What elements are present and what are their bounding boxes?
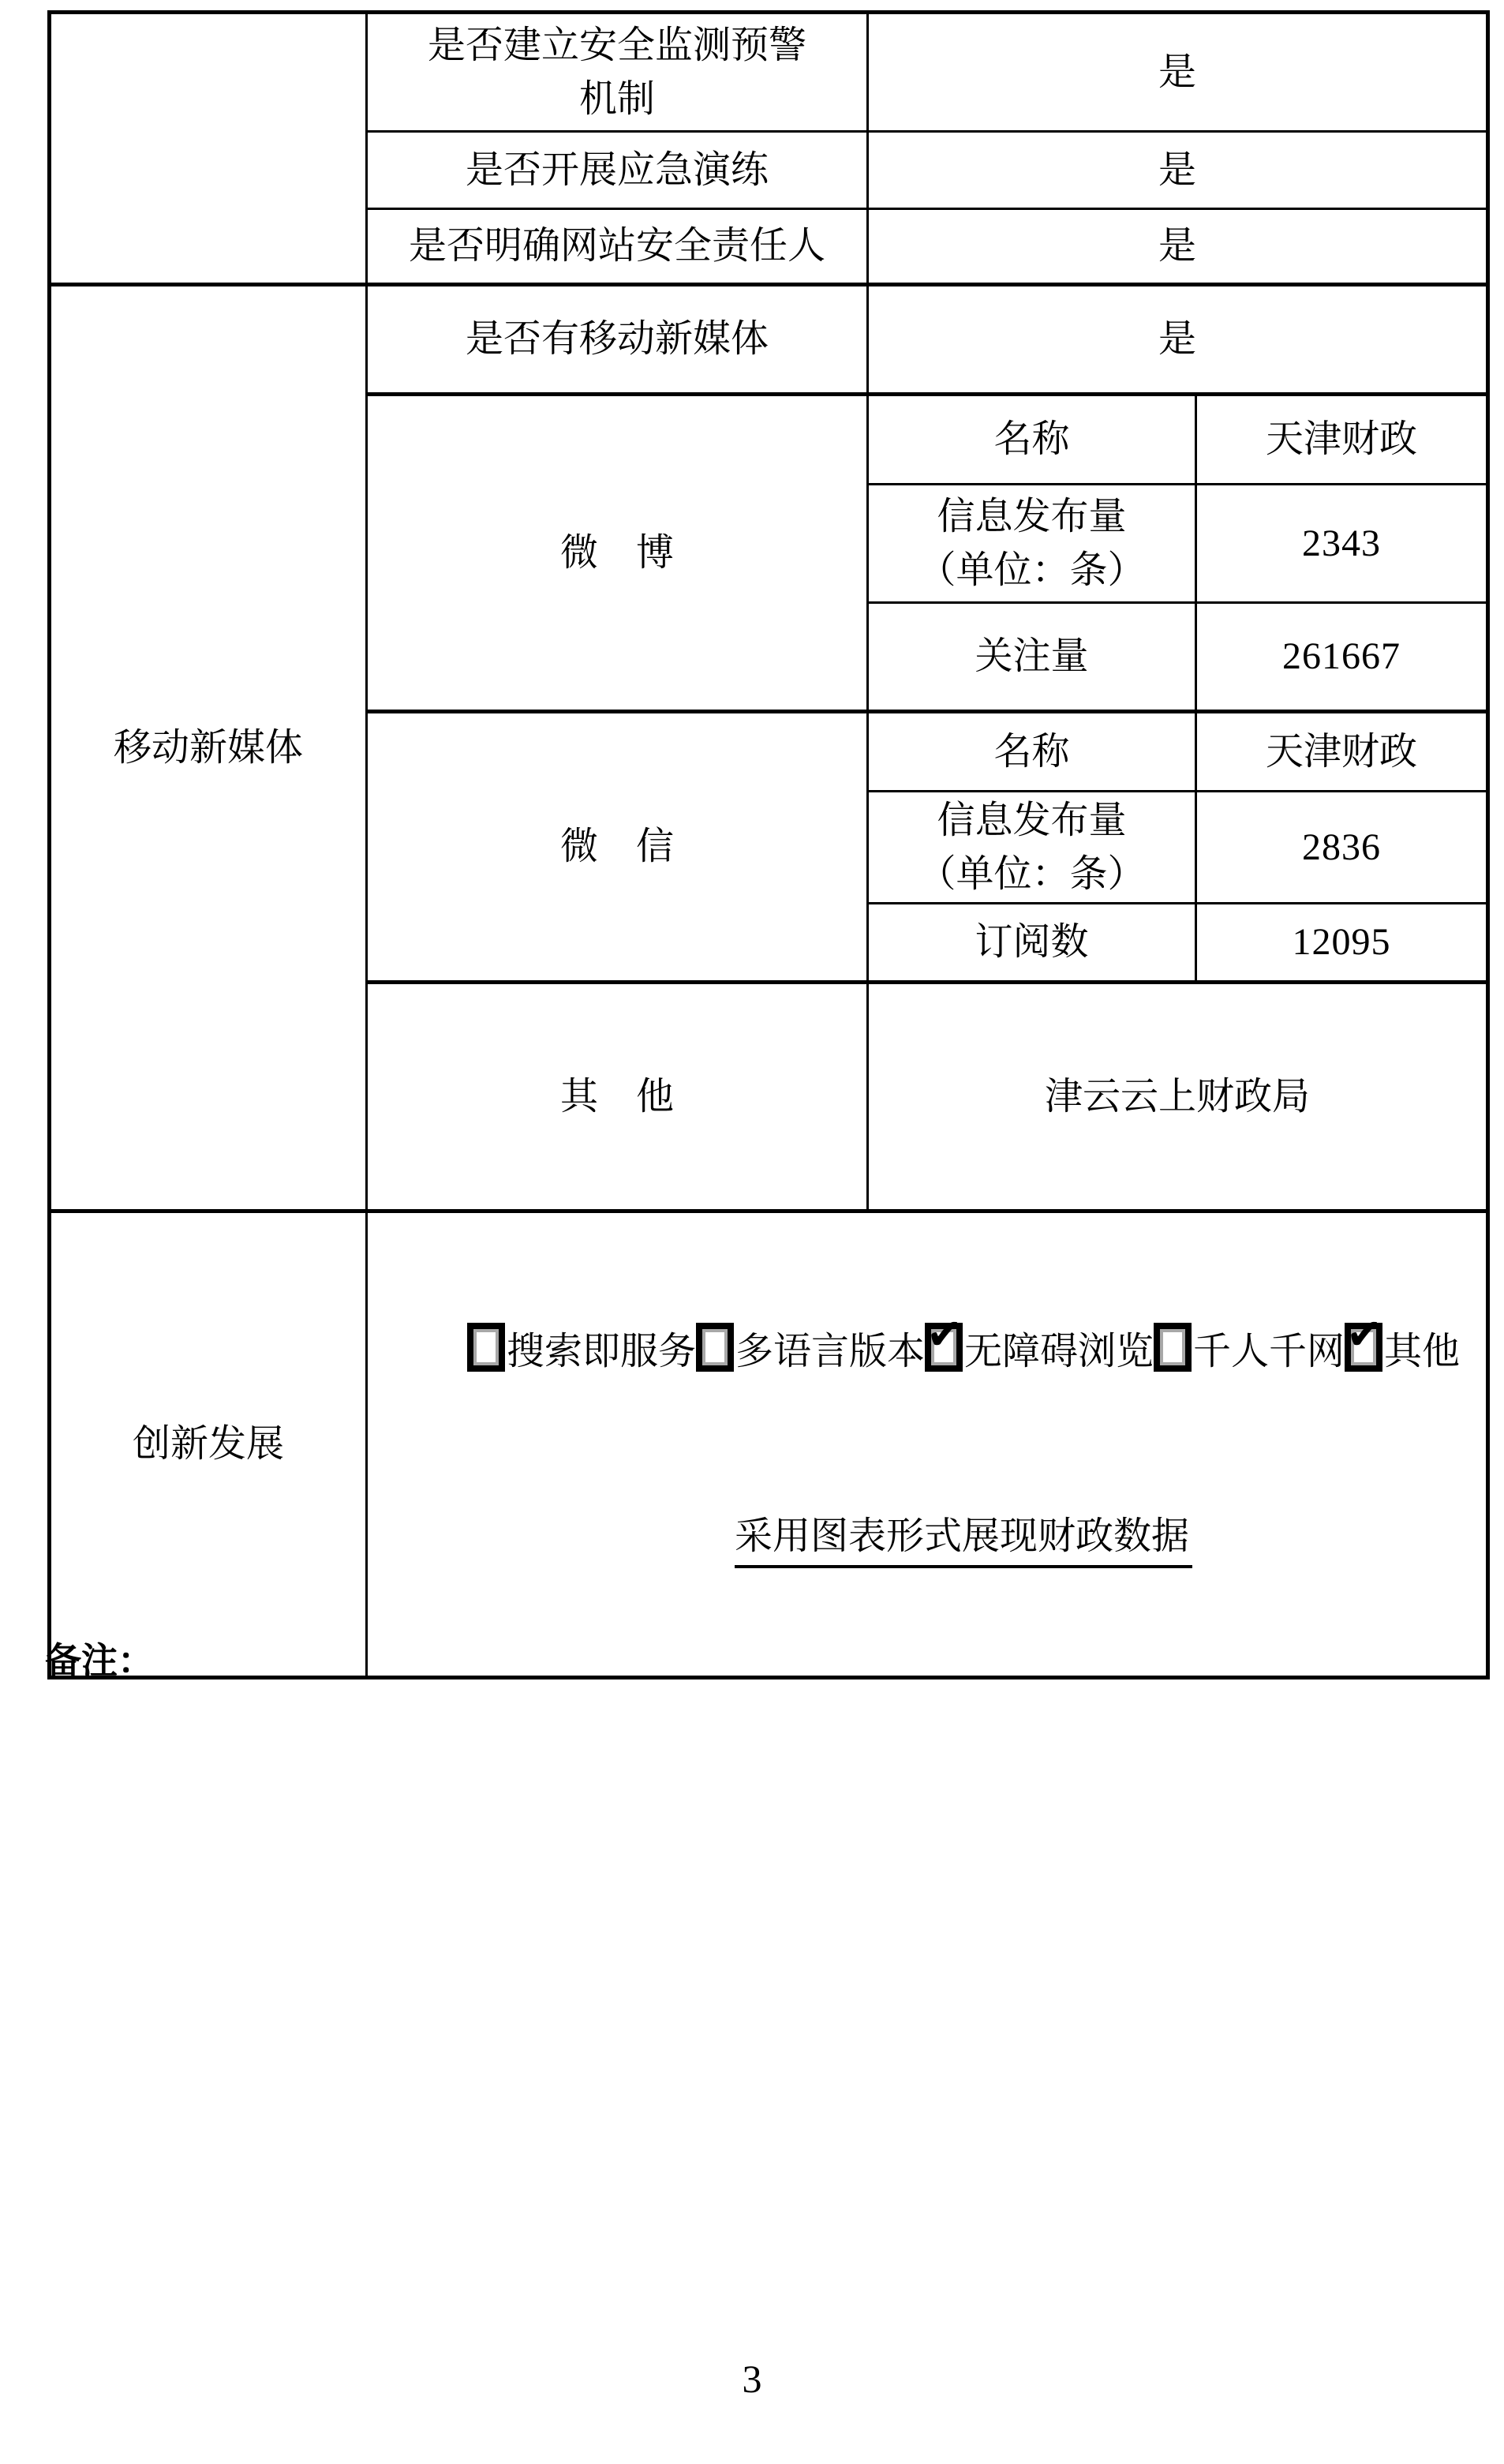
checkbox-label-other: 其他 xyxy=(1384,1331,1460,1372)
cell-label-security-monitor: 是否建立安全监测预警 机制 xyxy=(367,13,868,132)
cell-value-security-monitor: 是 xyxy=(868,13,1488,132)
remark-label: 备注： xyxy=(45,1632,154,1684)
checkbox-other-icon[interactable]: ✔ xyxy=(1345,1323,1382,1372)
check-mark-icon: ✔ xyxy=(1346,1313,1382,1356)
cell-value-wechat-subscribers: 12095 xyxy=(1196,904,1488,983)
cell-label-other-media: 其 他 xyxy=(367,983,868,1211)
innovation-note-text: 采用图表形式展现财政数据 xyxy=(735,1515,1192,1568)
cell-value-wechat-name: 天津财政 xyxy=(1196,712,1488,792)
checkbox-label-personalized: 千人千网 xyxy=(1193,1331,1345,1372)
checkbox-label-multilanguage: 多语言版本 xyxy=(735,1331,925,1372)
cell-group-wechat: 微 信 xyxy=(367,712,868,983)
cell-label-weibo-posts: 信息发布量 （单位：条） xyxy=(868,485,1196,603)
cell-blank-left xyxy=(50,13,367,285)
report-table: 是否建立安全监测预警 机制 是 是否开展应急演练 是 是否明确网站安全责任人 是… xyxy=(47,10,1490,1679)
cell-label-security-officer: 是否明确网站安全责任人 xyxy=(367,209,868,285)
checkbox-search-service-icon[interactable]: ✔ xyxy=(467,1323,505,1372)
cell-label-emergency-drill: 是否开展应急演练 xyxy=(367,132,868,209)
cell-section-innovation: 创新发展 xyxy=(50,1211,367,1678)
cell-section-mobile-media: 移动新媒体 xyxy=(50,285,367,1211)
cell-value-security-officer: 是 xyxy=(868,209,1488,285)
checkbox-accessibility-icon[interactable]: ✔ xyxy=(925,1323,963,1372)
innovation-note-row: 采用图表形式展现财政数据 xyxy=(441,1442,1486,1568)
cell-value-weibo-posts: 2343 xyxy=(1196,485,1488,603)
checkbox-multilanguage-icon[interactable]: ✔ xyxy=(696,1323,734,1372)
innovation-block: ✔搜索即服务✔多语言版本✔无障碍浏览✔千人千网✔其他 采用图表形式展现财政数据 xyxy=(368,1267,1486,1622)
cell-label-wechat-name: 名称 xyxy=(868,712,1196,792)
cell-value-has-mobile-media: 是 xyxy=(868,285,1488,395)
check-mark-icon: ✔ xyxy=(926,1313,962,1356)
cell-value-wechat-posts: 2836 xyxy=(1196,792,1488,904)
report-table-wrapper: 是否建立安全监测预警 机制 是 是否开展应急演练 是 是否明确网站安全责任人 是… xyxy=(47,10,1490,1679)
cell-label-weibo-name: 名称 xyxy=(868,395,1196,485)
checkbox-label-accessibility: 无障碍浏览 xyxy=(964,1331,1154,1372)
page-number: 3 xyxy=(0,2356,1504,2402)
cell-value-weibo-followers: 261667 xyxy=(1196,603,1488,712)
checkbox-personalized-icon[interactable]: ✔ xyxy=(1154,1323,1192,1372)
innovation-checkbox-row: ✔搜索即服务✔多语言版本✔无障碍浏览✔千人千网✔其他 xyxy=(441,1320,1486,1384)
cell-label-weibo-followers: 关注量 xyxy=(868,603,1196,712)
cell-value-other-media: 津云云上财政局 xyxy=(868,983,1488,1211)
checkbox-label-search-service: 搜索即服务 xyxy=(507,1331,696,1372)
cell-innovation-content: ✔搜索即服务✔多语言版本✔无障碍浏览✔千人千网✔其他 采用图表形式展现财政数据 xyxy=(367,1211,1488,1678)
cell-label-has-mobile-media: 是否有移动新媒体 xyxy=(367,285,868,395)
cell-label-wechat-subscribers: 订阅数 xyxy=(868,904,1196,983)
cell-label-wechat-posts: 信息发布量 （单位：条） xyxy=(868,792,1196,904)
cell-value-weibo-name: 天津财政 xyxy=(1196,395,1488,485)
cell-value-emergency-drill: 是 xyxy=(868,132,1488,209)
cell-group-weibo: 微 博 xyxy=(367,395,868,712)
report-page: 是否建立安全监测预警 机制 是 是否开展应急演练 是 是否明确网站安全责任人 是… xyxy=(0,0,1504,2464)
